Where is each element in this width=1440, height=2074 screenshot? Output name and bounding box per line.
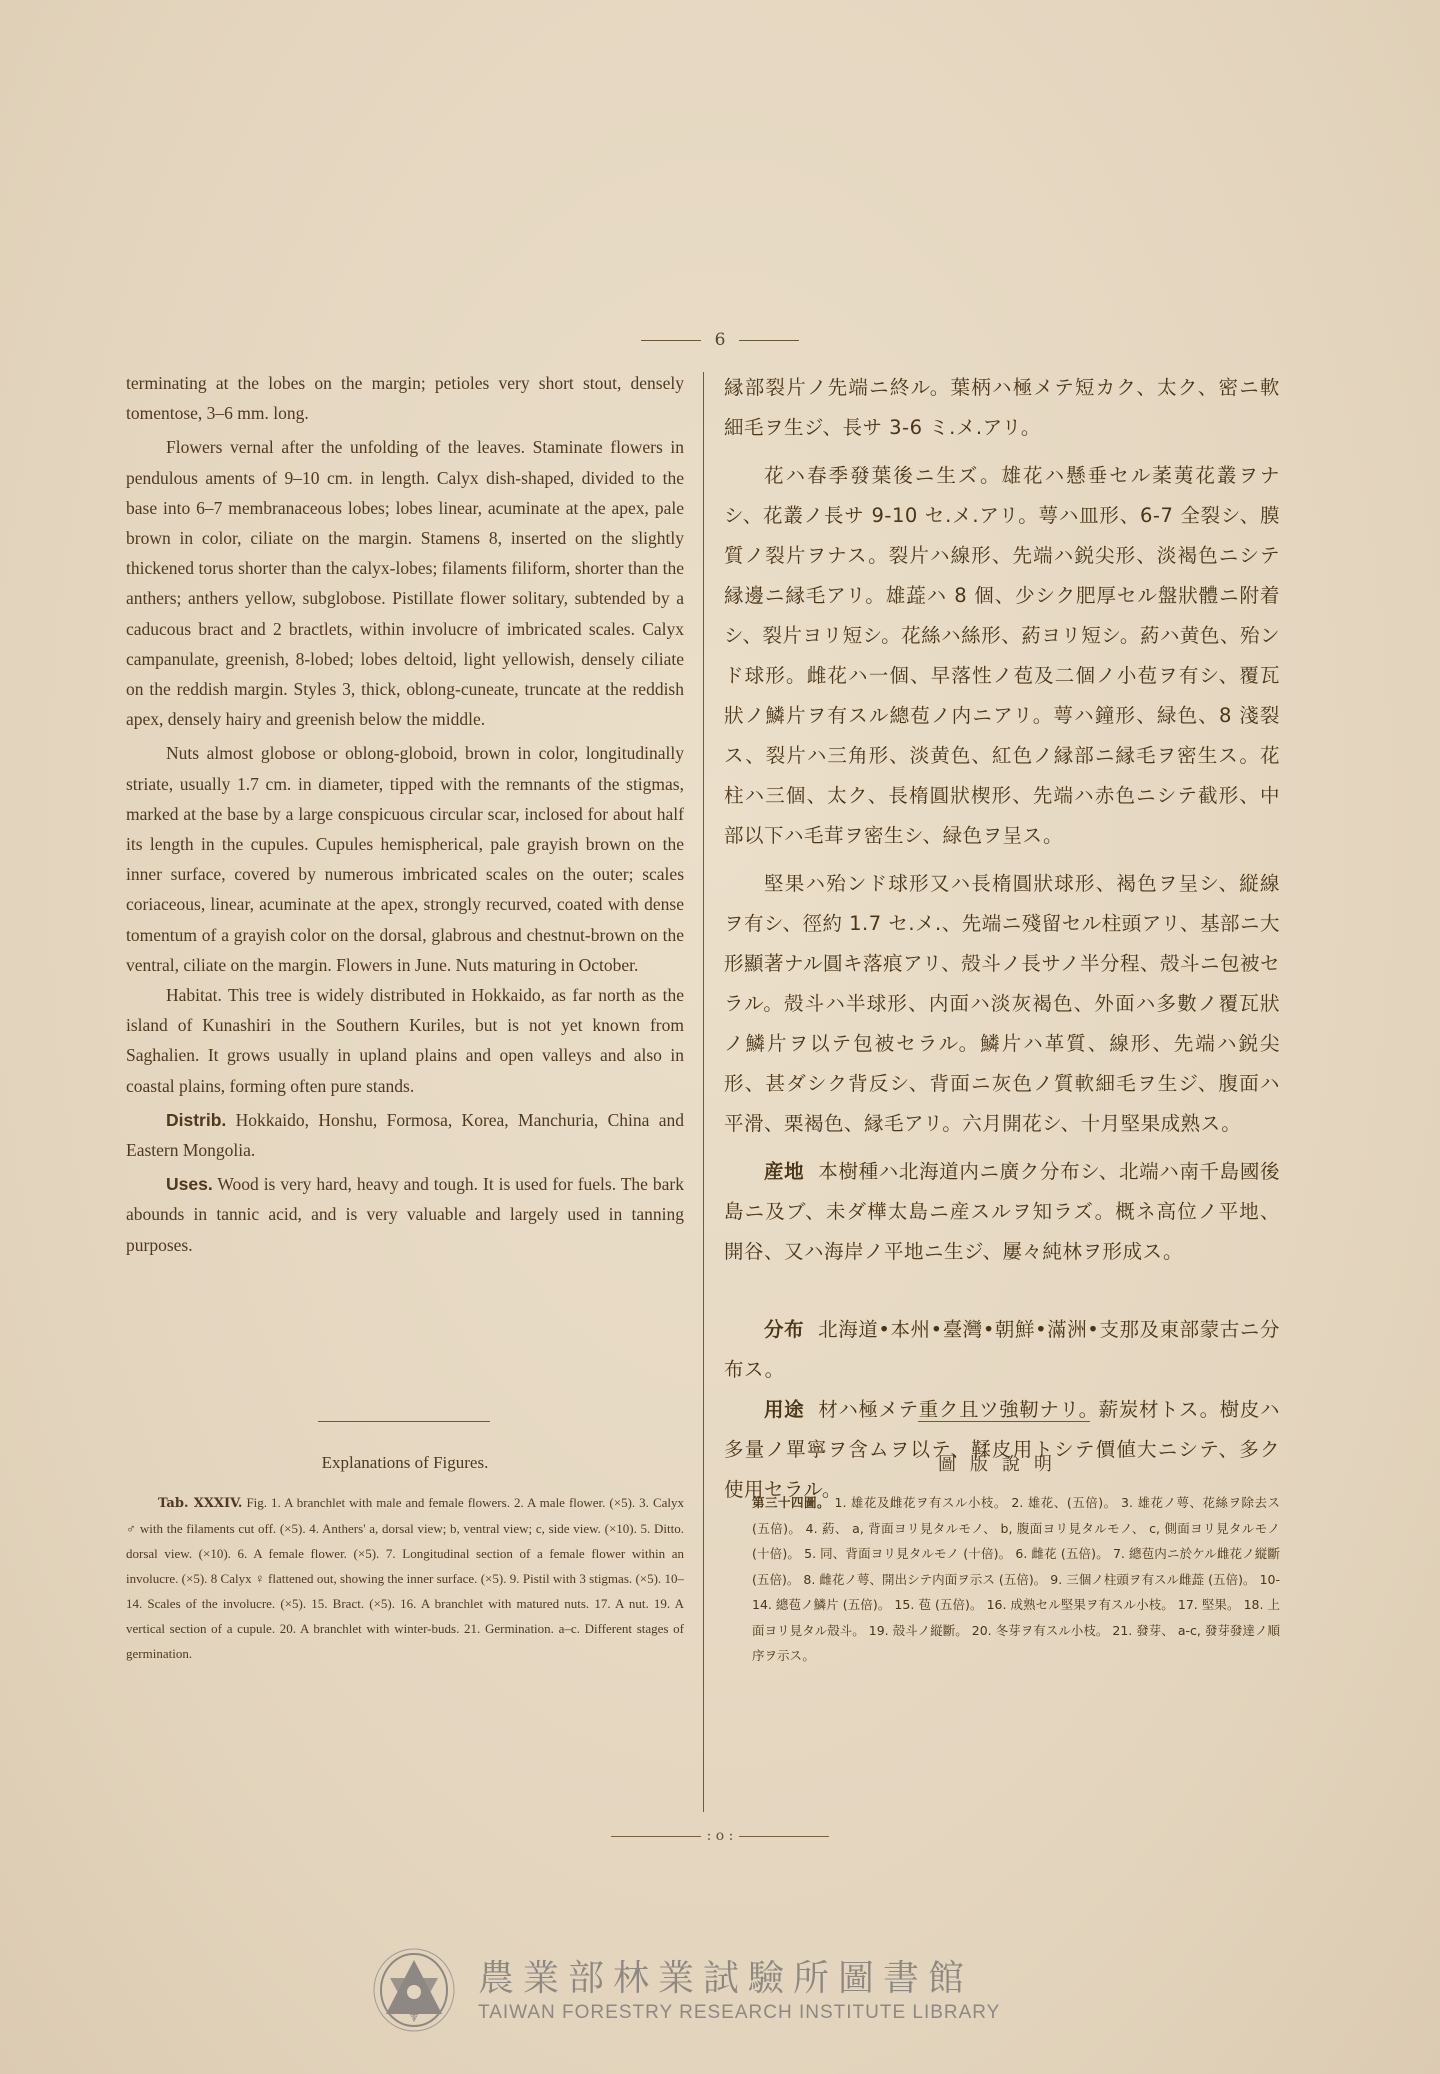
page-number-text: 6 bbox=[715, 330, 726, 350]
jp-paragraph-leaf-petiole: 縁部裂片ノ先端ニ終ル。葉柄ハ極メテ短カク、太ク、密ニ軟細毛ヲ生ジ、長サ 3-6 … bbox=[724, 368, 1280, 448]
jp-habitat-label: 産地 bbox=[764, 1160, 804, 1183]
explanations-text-block-jp: 第三十四圖。 1. 雄花及雌花ヲ有スル小枝。 2. 雄花、(五倍)。 3. 雄花… bbox=[752, 1490, 1280, 1669]
logo-year: 1896 bbox=[405, 2014, 423, 2022]
explanations-of-figures: Tab. XXXIV. Fig. 1. A branchlet with mal… bbox=[126, 1490, 684, 1666]
distrib-label: Distrib. bbox=[166, 1110, 226, 1130]
paragraph-leaf-petiole: terminating at the lobes on the margin; … bbox=[126, 368, 684, 428]
figure-explanations-jp: 1. 雄花及雌花ヲ有スル小枝。 2. 雄花、(五倍)。 3. 雄花ノ萼、花絲ヲ除… bbox=[752, 1495, 1280, 1663]
japanese-column: 縁部裂片ノ先端ニ終ル。葉柄ハ極メテ短カク、太ク、密ニ軟細毛ヲ生ジ、長サ 3-6 … bbox=[724, 368, 1280, 1510]
divider bbox=[739, 340, 799, 341]
plate-label: Tab. XXXIV. bbox=[158, 1496, 242, 1511]
forestry-institute-emblem-icon: 1896 bbox=[372, 1948, 456, 2032]
section-separator bbox=[318, 1421, 490, 1422]
explanations-title: Explanations of Figures. bbox=[126, 1453, 684, 1473]
library-watermark: 1896 農業部林業試驗所圖書館 TAIWAN FORESTRY RESEARC… bbox=[372, 1948, 1000, 2032]
jp-habitat-text: 本樹種ハ北海道内ニ廣ク分布シ、北端ハ南千島國後島ニ及ブ、未ダ樺太島ニ産スルヲ知ラ… bbox=[724, 1160, 1280, 1263]
end-mark: : o : bbox=[0, 1828, 1440, 1844]
uses-label: Uses. bbox=[166, 1174, 213, 1194]
paragraph-distrib: Distrib. Hokkaido, Honshu, Formosa, Kore… bbox=[126, 1105, 684, 1165]
explanations-title-jp: 圖版說明 bbox=[724, 1450, 1280, 1476]
jp-paragraph-flowers: 花ハ春季發葉後ニ生ズ。雄花ハ懸垂セル葇荑花叢ヲナシ、花叢ノ長サ 9-10 セ.メ… bbox=[724, 456, 1280, 856]
jp-uses-label: 用途 bbox=[764, 1398, 804, 1421]
paragraph-flowers: Flowers vernal after the unfolding of th… bbox=[126, 432, 684, 734]
jp-distrib-text: 北海道•本州•臺灣•朝鮮•滿洲•支那及東部蒙古ニ分布ス。 bbox=[724, 1318, 1280, 1381]
jp-distrib-label: 分布 bbox=[764, 1318, 804, 1341]
jp-paragraph-nuts: 堅果ハ殆ンド球形又ハ長楕圓狀球形、褐色ヲ呈シ、縦線ヲ有シ、徑約 1.7 セ.メ.… bbox=[724, 864, 1280, 1144]
library-name-en: TAIWAN FORESTRY RESEARCH INSTITUTE LIBRA… bbox=[478, 2002, 1000, 2024]
figure-explanations: Fig. 1. A branchlet with male and female… bbox=[126, 1495, 684, 1661]
page-number: 6 bbox=[0, 330, 1440, 350]
jp-paragraph-distrib: 分布北海道•本州•臺灣•朝鮮•滿洲•支那及東部蒙古ニ分布ス。 bbox=[724, 1310, 1280, 1390]
paragraph-uses: Uses. Wood is very hard, heavy and tough… bbox=[126, 1169, 684, 1260]
divider bbox=[641, 340, 701, 341]
english-column: terminating at the lobes on the margin; … bbox=[126, 368, 684, 1260]
divider bbox=[739, 1836, 829, 1837]
paragraph-nuts: Nuts almost globose or oblong-globoid, b… bbox=[126, 738, 684, 980]
plate-label-jp: 第三十四圖。 bbox=[752, 1495, 830, 1510]
jp-paragraph-habitat: 産地本樹種ハ北海道内ニ廣ク分布シ、北端ハ南千島國後島ニ及ブ、未ダ樺太島ニ産スルヲ… bbox=[724, 1152, 1280, 1272]
section-separator bbox=[918, 1421, 1090, 1422]
paragraph-habitat: Habitat. This tree is widely distributed… bbox=[126, 980, 684, 1101]
library-name-zh: 農業部林業試驗所圖書館 bbox=[478, 1956, 1000, 2002]
explanations-of-figures-jp: 第三十四圖。 1. 雄花及雌花ヲ有スル小枝。 2. 雄花、(五倍)。 3. 雄花… bbox=[752, 1490, 1280, 1669]
explanations-text-block: Tab. XXXIV. Fig. 1. A branchlet with mal… bbox=[126, 1490, 684, 1666]
divider bbox=[611, 1836, 701, 1837]
end-mark-text: : o : bbox=[707, 1828, 734, 1844]
library-name: 農業部林業試驗所圖書館 TAIWAN FORESTRY RESEARCH INS… bbox=[478, 1956, 1000, 2024]
column-divider bbox=[703, 372, 704, 1812]
